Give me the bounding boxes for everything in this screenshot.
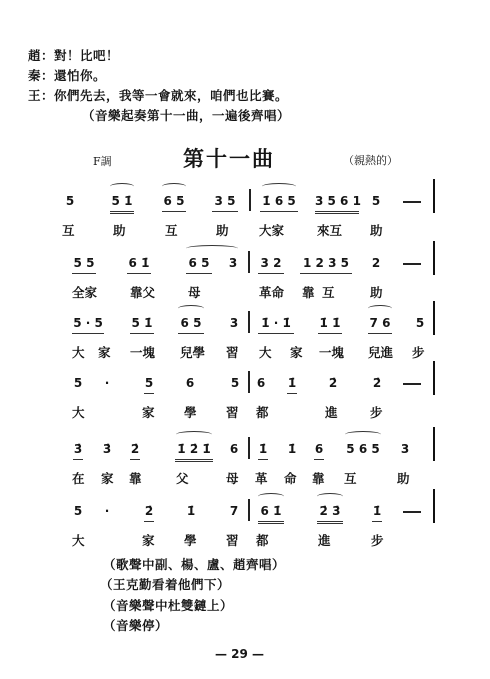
end-barline (433, 179, 435, 213)
note-group: 6 5 (186, 253, 212, 274)
song-mood: （親熱的） (343, 152, 398, 168)
note-group: 6 (256, 373, 266, 393)
tie (317, 493, 343, 500)
score-line-4: 5 · 5 6 5 6 1̇ 2̇ 2̇ 大 家 學 習 都 進 步 (0, 373, 490, 435)
note-group: 5 (64, 191, 76, 211)
lyric: 大 (72, 403, 85, 421)
score-line-1: 5 5 1̇ 6 5 3 5 1̇ 6 5 3 5 6 1 5 互 助 互 助 … (0, 191, 490, 253)
lyric: 家 (98, 343, 111, 361)
lyric: 父 (176, 469, 189, 487)
end-barline (433, 427, 435, 461)
note-group: 6 (229, 439, 239, 459)
note-group: 1̇ 1̇ (318, 313, 342, 334)
speaker-label: 秦 (28, 68, 41, 83)
tie (262, 183, 296, 190)
lyric: 進 (318, 531, 331, 549)
lyric: 大 (72, 343, 85, 361)
end-barline (433, 361, 435, 395)
note-group: 6 1̇ (258, 501, 284, 524)
note-group: 3 (228, 253, 238, 273)
stage-direction-exit: （王克勤看着他們下） (100, 575, 230, 593)
note-group: 1̇ (258, 439, 268, 460)
lyric: 都 (256, 531, 269, 549)
speaker-label: 王 (28, 88, 41, 103)
lyric: 革命 (259, 283, 284, 301)
lyric: 家 (142, 403, 155, 421)
stage-direction-chorus: （歌聲中副、楊、盧、趙齊唱） (103, 555, 285, 573)
score-line-5: 3̇ 3̇ 2̇ 1̇ 2̇ 1̇ 6 1̇ 1̇ 6 5 6 5 3 在 家 … (0, 439, 490, 501)
note-group: 3̇ (73, 439, 83, 460)
note-group: 3 2 (258, 253, 284, 274)
note-group: 6 5 (178, 313, 204, 334)
lyric: 來互 (317, 221, 342, 239)
note-group: 1̇ (287, 439, 297, 459)
lyric: 進 (325, 403, 338, 421)
note-group: 5 6 5 (345, 439, 381, 459)
note-group: 3 5 (212, 191, 238, 212)
end-barline (433, 241, 435, 275)
lyric: 大 (72, 531, 85, 549)
note-group: 5 (371, 191, 381, 211)
song-title: 第十一曲 (183, 143, 275, 173)
note-group: 1 2 3 5 (300, 253, 352, 274)
note-group: 5 (230, 373, 240, 393)
note-group: 1̇ (186, 501, 196, 521)
stage-direction-music-stop: （音樂停） (103, 616, 168, 634)
tie (162, 183, 186, 190)
note-group: 1̇ · 1̇ (258, 313, 294, 334)
lyric: 一塊 (319, 343, 344, 361)
hold-dash (403, 383, 421, 385)
lyric: 助 (370, 221, 383, 239)
note-group: 2̇ (144, 501, 154, 522)
stage-direction-enter: （音樂聲中杜雙鏈上） (103, 596, 233, 614)
note-group: 2̇ (130, 439, 140, 460)
lyric: 互 (344, 469, 357, 487)
tie (368, 305, 392, 312)
lyric: 習 (226, 343, 239, 361)
score-line-3: 5 · 5 5 1̇ 6 5 3 1̇ · 1̇ 1̇ 1̇ 7 6 5 大 家… (0, 313, 490, 375)
barline (249, 189, 251, 211)
lyric: 家 (142, 531, 155, 549)
note-group: 5 (73, 501, 83, 521)
dialogue-line-qin: 秦：還怕你。 (28, 66, 106, 84)
lyric: 兒進 (368, 343, 393, 361)
note-group: 6 (185, 373, 195, 393)
barline (248, 437, 250, 459)
lyric: 一塊 (130, 343, 155, 361)
lyric: 習 (226, 531, 239, 549)
tie (178, 305, 204, 312)
note-group: 6 (314, 439, 324, 460)
note-group: 1̇ 2̇ 1̇ (175, 439, 213, 462)
note-group: 5 1̇ (110, 191, 134, 214)
hold-dash (403, 201, 421, 203)
lyric: 步 (371, 531, 384, 549)
tie (258, 493, 284, 500)
lyric: 助 (370, 283, 383, 301)
score-line-6: 5 · 2̇ 1̇ 7 6 1̇ 2̇ 3̇ 1̇ 大 家 學 習 都 進 步 (0, 501, 490, 563)
note-group: 1̇ 6 5 (260, 191, 298, 212)
lyric: 大家 (259, 221, 284, 239)
augmentation-dot: · (102, 501, 112, 521)
note-group: 6 1̇ (127, 253, 151, 274)
note-group: 1̇ (287, 373, 297, 394)
lyric: 命 (284, 469, 297, 487)
lyric: 助 (397, 469, 410, 487)
lyric: 步 (412, 343, 425, 361)
note-group: 3 5 6 1 (315, 191, 359, 214)
page-number: — 29 — (215, 647, 264, 661)
dialogue-text: 你們先去，我等一會就來，咱們也比賽。 (54, 88, 288, 103)
note-group: 5 1̇ (130, 313, 154, 334)
note-group: 5 · 5 (72, 313, 104, 334)
song-key: F調 (93, 153, 112, 169)
note-group: 2̇ (372, 373, 382, 393)
stage-direction-music-start: （音樂起奏第十一曲，一遍後齊唱） (82, 106, 290, 124)
lyric: 互 (165, 221, 178, 239)
lyric: 習 (226, 403, 239, 421)
lyric: 母 (226, 469, 239, 487)
lyric: 學 (184, 531, 197, 549)
lyric: 學 (184, 403, 197, 421)
lyric: 靠父 (130, 283, 155, 301)
lyric: 都 (256, 403, 269, 421)
lyric: 家 (101, 469, 114, 487)
lyric: 兒學 (180, 343, 205, 361)
lyric: 助 (113, 221, 126, 239)
note-group: 5 5 (72, 253, 96, 274)
note-group: 5 (415, 313, 425, 333)
note-group: 6 5 (162, 191, 186, 212)
lyric: 互 (322, 283, 335, 301)
tie (345, 431, 381, 438)
note-group: 2̇ (328, 373, 338, 393)
dialogue-text: 對！比吧！ (54, 48, 119, 63)
note-group: 5 (144, 373, 154, 394)
lyric: 互 (62, 221, 75, 239)
tie (186, 245, 238, 252)
note-group: 5 (73, 373, 83, 393)
lyric: 步 (370, 403, 383, 421)
note-group: 3̇ (102, 439, 112, 459)
lyric: 全家 (72, 283, 97, 301)
barline (248, 499, 250, 521)
lyric: 靠 (129, 469, 142, 487)
lyric: 家 (290, 343, 303, 361)
lyric: 助 (216, 221, 229, 239)
lyric: 母 (188, 283, 201, 301)
hold-dash (403, 263, 421, 265)
lyric: 革 (255, 469, 268, 487)
note-group: 7 6 (368, 313, 392, 334)
lyric: 靠 (302, 283, 315, 301)
tie (110, 183, 134, 190)
end-barline (433, 301, 435, 335)
note-group: 2 (371, 253, 381, 273)
lyric: 靠 (312, 469, 325, 487)
lyric: 大 (259, 343, 272, 361)
note-group: 3 (229, 313, 239, 333)
barline (248, 371, 250, 393)
barline (248, 251, 250, 273)
lyric: 在 (72, 469, 85, 487)
end-barline (433, 489, 435, 523)
dialogue-text: 還怕你。 (54, 68, 106, 83)
score-line-2: 5 5 6 1̇ 6 5 3 3 2 1 2 3 5 2 全家 靠父 母 革命 … (0, 253, 490, 315)
dialogue-line-wang: 王：你們先去，我等一會就來，咱們也比賽。 (28, 86, 288, 104)
note-group: 1̇ (372, 501, 382, 522)
speaker-label: 趙 (28, 48, 41, 63)
note-group: 7 (229, 501, 239, 521)
augmentation-dot: · (102, 373, 112, 393)
note-group: 2̇ 3̇ (317, 501, 343, 524)
dialogue-line-zhao: 趙：對！比吧！ (28, 46, 119, 64)
hold-dash (403, 511, 421, 513)
note-group: 3 (400, 439, 410, 459)
barline (248, 311, 250, 333)
tie (176, 431, 212, 438)
